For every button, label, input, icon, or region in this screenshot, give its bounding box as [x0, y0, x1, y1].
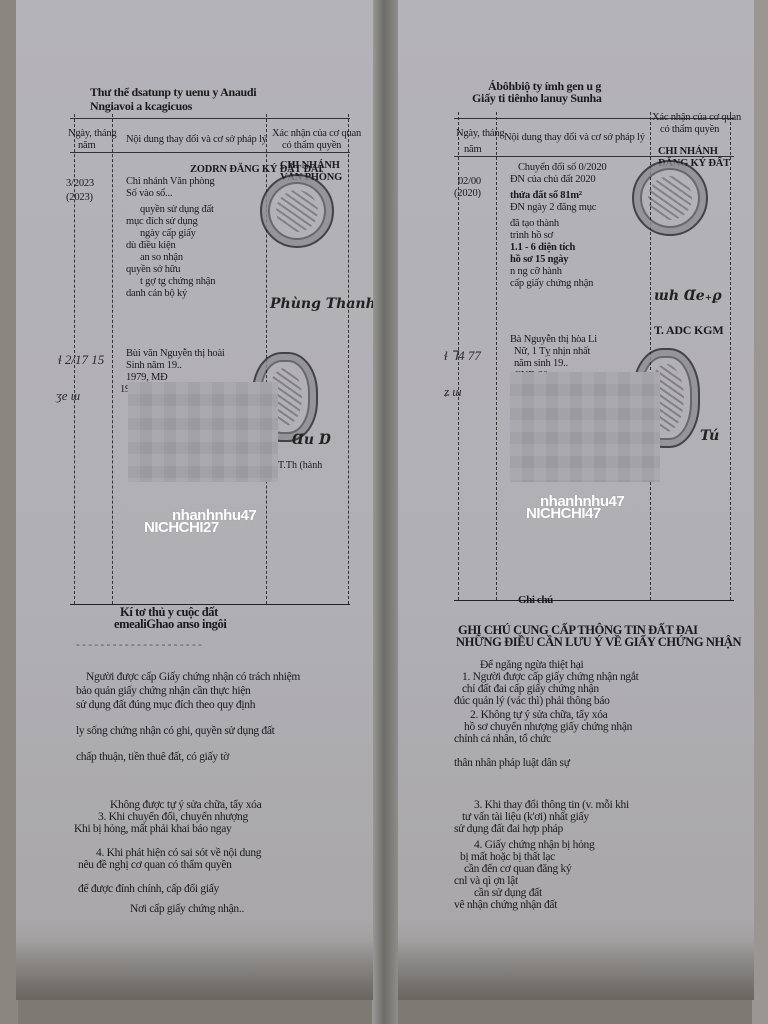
desk-background-right: [752, 0, 768, 1024]
right-change-table: Ngày, tháng năm 02/00 (2020) Nội dung th…: [454, 112, 734, 601]
page-bottom-shadow: [398, 940, 754, 1000]
notes-paragraph: nêu đề nghị cơ quan có thẩm quyền: [78, 860, 232, 872]
col2-line: cấp giấy chứng nhận: [510, 278, 593, 290]
col3-header: Xác nhận của cơ quan: [652, 112, 741, 124]
table-col-border: [112, 114, 113, 604]
col1-date: 3/2023: [66, 178, 94, 190]
col3-header: Xác nhận của cơ quan: [272, 128, 361, 140]
notes-heading-1: Ghi chú: [518, 594, 553, 607]
notes-paragraph: chỉ đất đai cấp giấy chứng nhận: [462, 684, 599, 696]
col2-line: Chi nhánh Văn phòng: [126, 176, 214, 188]
col1-header-2: năm: [78, 140, 95, 152]
notes-paragraph: Khi bị hỏng, mất phải khai báo ngay: [74, 824, 232, 836]
official-seal-stamp: [632, 160, 708, 236]
notes-paragraph: sử dụng đất đai hợp pháp: [454, 824, 563, 836]
holder-line: Bà Nguyễn thị hòa Li: [510, 334, 597, 346]
notes-paragraph: cần đến cơ quan đăng ký: [464, 864, 571, 876]
notes-paragraph: 4. Khi phát hiện có sai sót về nội dung: [96, 848, 261, 860]
notes-paragraph: 3. Khi thay đổi thông tin (v. mỗi khi: [474, 800, 629, 812]
col2-line: đã tạo thành: [510, 218, 559, 230]
notes-paragraph: bị mất hoặc bị thất lạc: [460, 852, 555, 864]
holder-line: Sinh năm 19..: [126, 360, 182, 372]
col2-line: mục đích sử dụng: [126, 216, 198, 228]
col1-date: 02/00: [458, 176, 481, 188]
notes-paragraph: 1. Người được cấp giấy chứng nhận ngắt: [462, 672, 639, 684]
col2-line: an so nhận: [140, 252, 183, 264]
table-col-border: [496, 112, 497, 600]
col2-line: ngày cấp giấy: [140, 228, 196, 240]
col2-line: ĐN ngày 2 đăng mục: [510, 202, 596, 214]
notes-paragraph: Không được tự ý sửa chữa, tẩy xóa: [110, 800, 261, 812]
col2-line: quyền sử dụng đất: [140, 204, 214, 216]
notes-paragraph: sử dụng đất đúng mục đích theo quy định: [76, 700, 255, 712]
col1-header: Ngày, tháng: [456, 128, 504, 140]
signature-2: Ɑu Ɒ: [292, 432, 331, 448]
redacted-area: [510, 372, 660, 482]
handwritten-note: ɬ Ꞁ4 77: [444, 348, 481, 364]
notes-paragraph: cần sử dụng đất: [474, 888, 542, 900]
col2-line: trình hồ sơ: [510, 230, 553, 242]
col2-line: hồ sơ 15 ngày: [510, 254, 568, 266]
col2-line: 1.1 - 6 diện tích: [510, 242, 575, 254]
notes-paragraph: Để ngăng ngừa thiệt hại: [480, 660, 583, 672]
handwritten-note: ʒe ɯ: [56, 388, 80, 404]
watermark-line-2: NICHCHI27: [144, 520, 219, 535]
col1-header-2: năm: [464, 144, 481, 156]
notes-paragraph: 2. Không tự ý sửa chữa, tẩy xóa: [470, 710, 607, 722]
col3-stamp-text: CHI NHÁNH: [280, 160, 340, 172]
notes-faded-line: ‐ ‐ ‐ ‐ ‐ ‐ ‐ ‐ ‐ ‐ ‐ ‐ ‐ ‐ ‐ ‐ ‐ ‐ ‐ ‐ …: [76, 640, 202, 652]
col2-line: Số vào sổ...: [126, 188, 172, 200]
col3-stamp-text: CHI NHÁNH: [658, 146, 718, 158]
redacted-area: [128, 382, 278, 482]
notes-paragraph: tư vấn tài liệu (k'ơi) nhất giấy: [462, 812, 589, 824]
notes-paragraph: chấp thuận, tiền thuê đất, có giấy tờ: [76, 752, 229, 764]
col1-date-2: (2020): [454, 188, 481, 200]
holder-line: Nữ, 1 Tỵ nhịn nhất: [514, 346, 590, 358]
col3-header-2: có thẩm quyền: [282, 140, 341, 152]
notes-paragraph: ly sống chứng nhận có ghi, quyền sử dụng…: [76, 726, 275, 738]
col2-line: n ng cỡ hành: [510, 266, 562, 278]
notes-paragraph: hồ sơ chuyển nhượng giấy chứng nhận: [464, 722, 632, 734]
notes-heading-2: emealiGhao anso ingôi: [114, 618, 226, 631]
notes-paragraph: Người được cấp Giấy chứng nhận có trách …: [86, 672, 300, 684]
right-header-line-2: Giấy ti tiênho lanuy Sunha: [472, 92, 602, 104]
handwritten-note: ɬ 2/17 15: [58, 352, 104, 368]
col2-line: t gợ tg chứng nhận: [140, 276, 215, 288]
col2-header: Nội dung thay đổi và cơ sở pháp lý: [504, 132, 645, 144]
col2-header: Nội dung thay đổi và cơ sở pháp lý: [126, 134, 267, 146]
notes-paragraph: để được đính chính, cấp đổi giấy: [78, 884, 219, 896]
col2-line: ĐN của chủ đất 2020: [510, 174, 595, 186]
notes-paragraph: thân nhân pháp luật dân sự: [454, 758, 570, 770]
signature-note: T.Th (hành: [278, 460, 322, 471]
col1-header: Ngày, tháng: [68, 128, 116, 140]
notes-paragraph: vê nhận chứng nhận đất: [454, 900, 557, 912]
col2-line: danh cán bộ ký: [126, 288, 187, 300]
page-gutter: [372, 0, 398, 1024]
notes-paragraph: bảo quản giấy chứng nhận cần thực hiện: [76, 686, 250, 698]
col1-date-2: (2023): [66, 192, 93, 204]
stamp-label: T. ADC KGM: [654, 324, 723, 336]
notes-paragraph: chỉnh cá nhân, tổ chức: [454, 734, 551, 746]
table-col-border: [730, 112, 731, 600]
signature: ɯh Ɑe₊ϼ: [654, 288, 722, 304]
col2-line: quyền sở hữu: [126, 264, 180, 276]
notes-paragraph: cnl và qì ợn lật: [454, 876, 518, 888]
official-seal-stamp: [260, 174, 334, 248]
left-header-line-1: Thư thể dsatunp ty uenu y Anaudi: [90, 86, 256, 98]
notes-heading-3: NHỮNG ĐIỀU CẦN LƯU Ý VỀ GIẤY CHỨNG NHẬN: [456, 636, 741, 649]
handwritten-note: ʑ ɯ: [444, 384, 462, 400]
notes-paragraph: 4. Giấy chứng nhận bị hỏng: [474, 840, 594, 852]
right-page: Ábôhbiộ ty ímh gen u g Giấy ti tiênho la…: [398, 0, 754, 1000]
signature-2: Tú: [700, 428, 719, 444]
notes-paragraph: 3. Khi chuyển đổi, chuyển nhượng: [98, 812, 248, 824]
table-col-border: [348, 114, 349, 604]
col2-line: thửa đất số 81m²: [510, 190, 582, 202]
watermark-line-2: NICHCHI47: [526, 506, 601, 521]
left-header-line-2: Nngiavoi a kcagicuos: [90, 100, 192, 112]
notes-paragraph: Nơi cấp giấy chứng nhận..: [130, 904, 244, 916]
holder-line: năm sinh 19..: [514, 358, 568, 370]
notes-paragraph: đúc quản lý (vác thì) phải thông báo: [454, 696, 610, 708]
left-page: Thư thể dsatunp ty uenu y Anaudi Nngiavo…: [16, 0, 373, 1000]
signature: Phùng Thanh Tú: [270, 296, 373, 312]
page-bottom-shadow: [16, 940, 373, 1000]
col2-line: Chuyển đổi số 0/2020: [518, 162, 606, 174]
col2-line: dù điều kiện: [126, 240, 176, 252]
col3-header-2: có thẩm quyền: [660, 124, 719, 136]
holder-line: Bùi văn Nguyễn thị hoài: [126, 348, 225, 360]
